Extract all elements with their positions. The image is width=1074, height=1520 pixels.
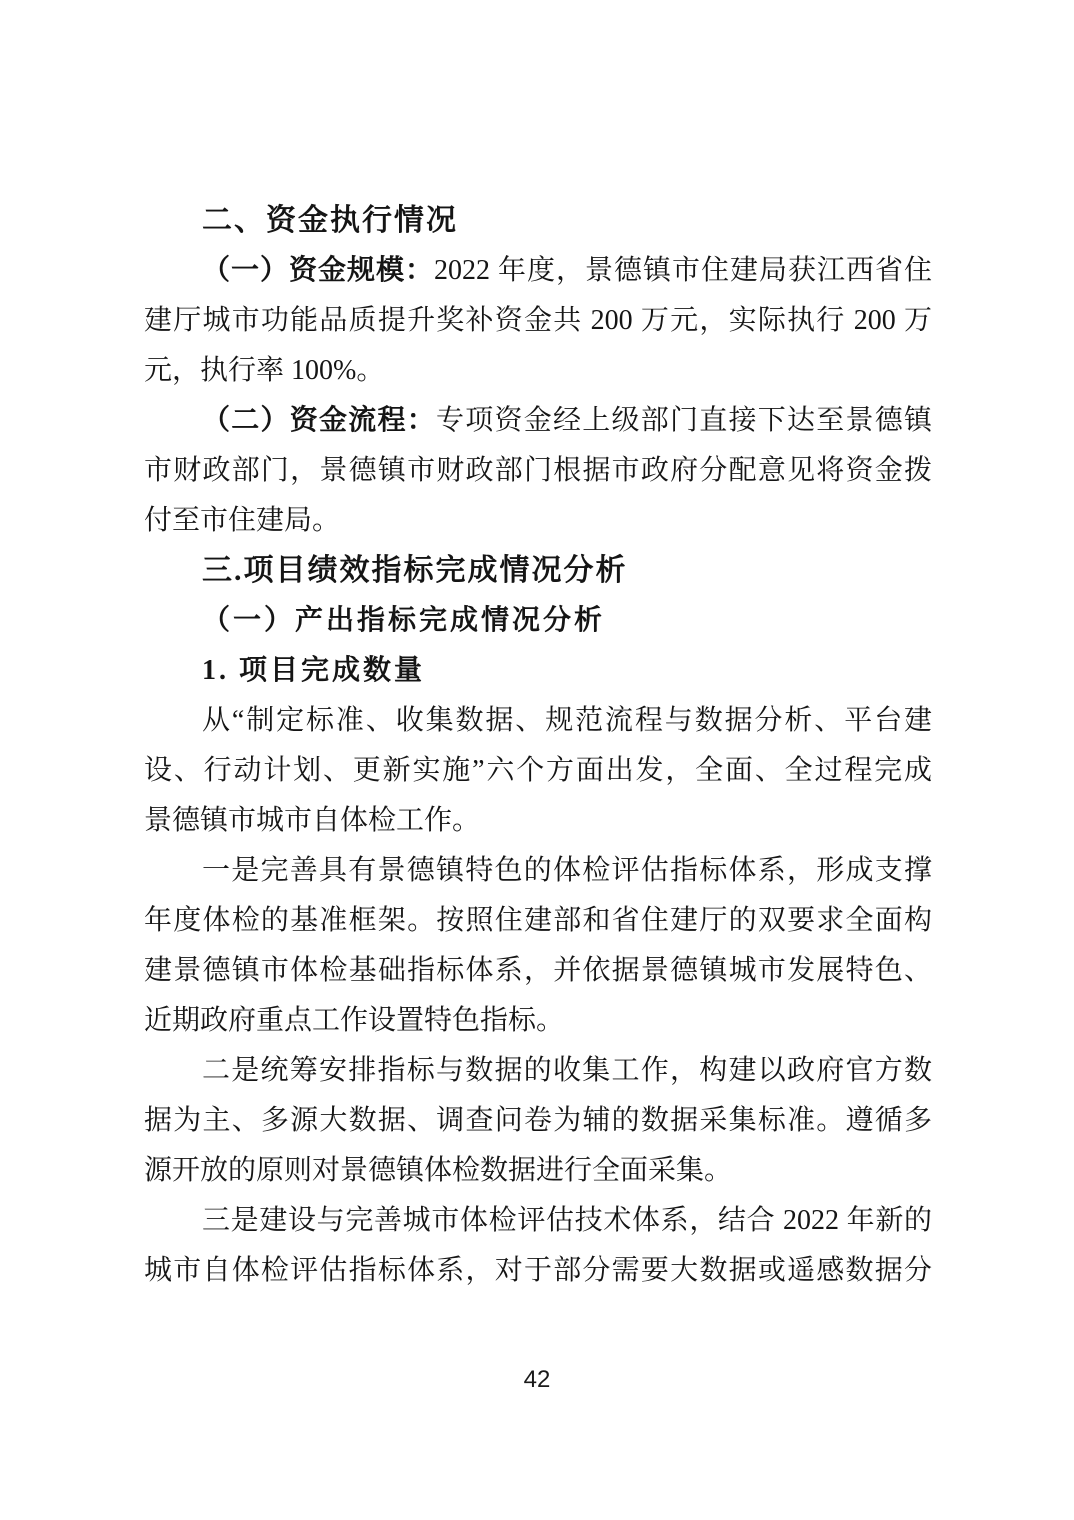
text-run: 建厅城市功能品质提升奖补资金共 200 万元，实际执行 200 万 [144,305,932,336]
text-line: 建厅城市功能品质提升奖补资金共 200 万元，实际执行 200 万 [144,296,932,346]
text-line: 景德镇市城市自体检工作。 [144,796,932,846]
document-body: 二、资金执行情况（一）资金规模：2022 年度，景德镇市住建局获江西省住建厅城市… [144,196,932,1296]
text-line: 市财政部门，景德镇市财政部门根据市政府分配意见将资金拨 [144,446,932,496]
text-run: 专项资金经上级部门直接下达至景德镇 [436,405,932,436]
text-line: 设、行动计划、更新实施”六个方面出发，全面、全过程完成 [144,746,932,796]
text-line: 年度体检的基准框架。按照住建部和省住建厅的双要求全面构 [144,896,932,946]
text-run: 二是统筹安排指标与数据的收集工作，构建以政府官方数 [202,1055,932,1086]
page-number: 42 [524,1366,551,1393]
bold-text-run: （二）资金流程： [202,405,436,436]
text-run: 元，执行率 100%。 [144,355,384,386]
text-run: 市财政部门，景德镇市财政部门根据市政府分配意见将资金拨 [144,455,932,486]
text-run: 设、行动计划、更新实施”六个方面出发，全面、全过程完成 [144,755,932,786]
document-page: 二、资金执行情况（一）资金规模：2022 年度，景德镇市住建局获江西省住建厅城市… [0,0,1074,1520]
text-line: 建景德镇市体检基础指标体系，并依据景德镇城市发展特色、 [144,946,932,996]
text-run: 近期政府重点工作设置特色指标。 [144,1005,564,1036]
text-line: 源开放的原则对景德镇体检数据进行全面采集。 [144,1146,932,1196]
bold-text-run: 二、资金执行情况 [202,204,458,237]
text-run: 据为主、多源大数据、调查问卷为辅的数据采集标准。遵循多 [144,1105,932,1136]
text-run: 一是完善具有景德镇特色的体检评估指标体系，形成支撑 [202,855,932,886]
heading-line: 三.项目绩效指标完成情况分析 [144,546,932,596]
bold-text-run: 三.项目绩效指标完成情况分析 [202,554,628,587]
text-run: 年度体检的基准框架。按照住建部和省住建厅的双要求全面构 [144,905,932,936]
text-line: （二）资金流程：专项资金经上级部门直接下达至景德镇 [144,396,932,446]
text-run: 城市自体检评估指标体系，对于部分需要大数据或遥感数据分 [144,1255,932,1286]
bold-text-run: （一）产出指标完成情况分析 [202,605,605,636]
heading-line: （一）产出指标完成情况分析 [144,596,932,646]
text-line: 城市自体检评估指标体系，对于部分需要大数据或遥感数据分 [144,1246,932,1296]
text-line: 付至市住建局。 [144,496,932,546]
text-run: 从“制定标准、收集数据、规范流程与数据分析、平台建 [202,705,932,736]
text-line: 从“制定标准、收集数据、规范流程与数据分析、平台建 [144,696,932,746]
text-line: 一是完善具有景德镇特色的体检评估指标体系，形成支撑 [144,846,932,896]
text-run: 2022 年度，景德镇市住建局获江西省住 [434,255,932,286]
text-run: 建景德镇市体检基础指标体系，并依据景德镇城市发展特色、 [144,955,932,986]
page-footer: 42 [0,1366,1074,1394]
text-run: 景德镇市城市自体检工作。 [144,805,480,836]
text-line: 三是建设与完善城市体检评估技术体系，结合 2022 年新的 [144,1196,932,1246]
text-run: 源开放的原则对景德镇体检数据进行全面采集。 [144,1155,732,1186]
heading-line: 1. 项目完成数量 [144,646,932,696]
text-line: 据为主、多源大数据、调查问卷为辅的数据采集标准。遵循多 [144,1096,932,1146]
bold-text-run: 1. 项目完成数量 [202,655,425,686]
text-line: 元，执行率 100%。 [144,346,932,396]
heading-line: 二、资金执行情况 [144,196,932,246]
bold-text-run: （一）资金规模： [202,255,434,286]
text-line: 二是统筹安排指标与数据的收集工作，构建以政府官方数 [144,1046,932,1096]
text-run: 三是建设与完善城市体检评估技术体系，结合 2022 年新的 [202,1205,932,1236]
text-run: 付至市住建局。 [144,505,340,536]
text-line: 近期政府重点工作设置特色指标。 [144,996,932,1046]
text-line: （一）资金规模：2022 年度，景德镇市住建局获江西省住 [144,246,932,296]
